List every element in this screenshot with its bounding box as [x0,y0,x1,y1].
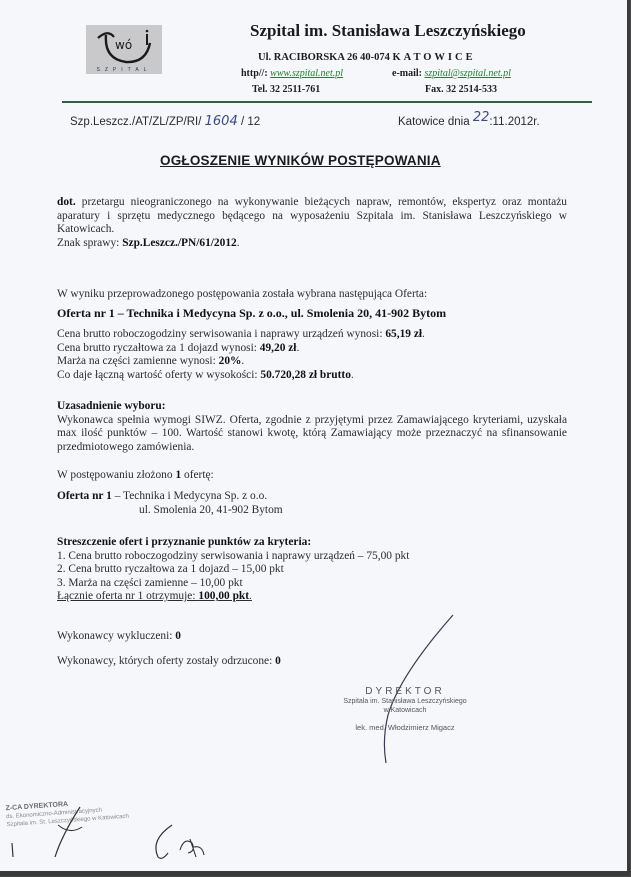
date-rest: :11.2012r. [489,116,539,128]
document-title: OGŁOSZENIE WYNIKÓW POSTĘPOWANIA [160,153,441,168]
director-signature-block: DYREKTOR Szpitala im. Stanisława Leszczy… [320,686,490,732]
initials-scribble-icon [0,795,220,865]
email-link[interactable]: szpital@szpital.net.pl [425,68,511,79]
address-street: Ul. RACIBORSKA 26 40-074 [258,52,390,63]
offer-detail-line: Cena brutto ryczałtowa za 1 dojazd wynos… [57,342,567,356]
case-number: Szp.Leszcz./PN/61/2012 [122,237,237,249]
signature-role: DYREKTOR [320,686,490,697]
rejected-contractors: Wykonawcy, których oferty zostały odrzuc… [57,655,567,669]
date-prefix: Katowice dnia [398,116,470,128]
email-label: e-mail: [392,68,422,79]
reference-suffix: / 12 [241,116,260,128]
hospital-logo: wó SZPITAL [86,25,162,74]
handwritten-number: 1604 [205,114,238,129]
justification-heading: Uzasadnienie wyboru: [57,400,166,412]
document-page: wó SZPITAL Szpital im. Stanisława Leszcz… [0,0,630,876]
summary-item: 3. Marża na części zamienne – 10,00 pkt [57,577,567,591]
hospital-name: Szpital im. Stanisława Leszczyńskiego [250,21,526,41]
offer-detail-line: Marża na części zamienne wynosi: 20%. [57,355,567,369]
justification-section: Uzasadnienie wyboru: Wykonawca spełnia w… [57,400,567,454]
signature-city: w Katowicach [320,706,490,715]
phone: Tel. 32 2511-761 [252,84,320,95]
website-link[interactable]: www.szpital.net.pl [270,68,343,79]
summary-section: Streszczenie ofert i przyznanie punktów … [57,536,567,604]
signature-institution: Szpitala im. Stanisława Leszczyńskiego [320,697,490,706]
logo-subtext: SZPITAL [86,67,162,73]
smile-logo-icon: wó [86,25,162,67]
summary-heading: Streszczenie ofert i przyznanie punktów … [57,536,311,548]
result-intro: W wyniku przeprowadzonego postępowania z… [57,288,567,302]
reference-number: Szp.Leszcz./AT/ZL/ZP/RI/ 1604 / 12 [70,114,260,129]
letterhead-divider [62,101,592,103]
website-line: http//: www.szpital.net.pl [241,68,343,79]
signature-name: lek. med. Włodzimierz Migacz [320,723,490,732]
justification-text: Wykonawca spełnia wymogi SIWZ. Oferta, z… [57,414,567,455]
subject-lead: dot. [57,196,76,208]
excluded-contractors: Wykonawcy wykluczeni: 0 [57,630,567,644]
selected-offer-title: Oferta nr 1 – Technika i Medycyna Sp. z … [57,307,567,321]
address-city: KATOWICE [392,52,475,63]
offer-detail-line: Cena brutto roboczogodziny serwisowania … [57,328,567,342]
subject-text: przetargu nieograniczonego na wykonywani… [57,196,567,235]
reference-prefix: Szp.Leszcz./AT/ZL/ZP/RI/ [70,116,201,128]
document-date: Katowice dnia 22:11.2012r. [398,114,540,129]
summary-total: Łącznie oferta nr 1 otrzymuje: 100,00 pk… [57,590,567,604]
submitted-offer-address: ul. Smolenia 20, 41-902 Bytom [57,504,567,518]
submitted-count: W postępowaniu złożono 1 ofertę: [57,469,567,483]
offer-details: Cena brutto roboczogodziny serwisowania … [57,328,567,382]
summary-item: 2. Cena brutto ryczałtowa za 1 dojazd – … [57,563,567,577]
submitted-offer: Oferta nr 1 – Technika i Medycyna Sp. z … [57,490,567,517]
svg-text:wó: wó [115,38,132,52]
signature-scribble-icon [360,605,460,765]
web-label: http//: [241,68,268,79]
email-line: e-mail: szpital@szpital.net.pl [392,68,511,79]
fax: Fax. 32 2514-533 [425,84,497,95]
offer-detail-line: Co daje łączną wartość oferty w wysokośc… [57,369,567,383]
subject-paragraph: dot. przetargu nieograniczonego na wykon… [57,196,567,250]
handwritten-day: 22 [473,110,490,125]
case-label: Znak sprawy: [57,237,119,249]
submitted-offer-company: – Technika i Medycyna Sp. z o.o. [115,490,267,502]
summary-item: 1. Cena brutto roboczogodziny serwisowan… [57,550,567,564]
submitted-offer-label: Oferta nr 1 [57,490,112,502]
hospital-address: Ul. RACIBORSKA 26 40-074 KATOWICE [258,52,476,63]
